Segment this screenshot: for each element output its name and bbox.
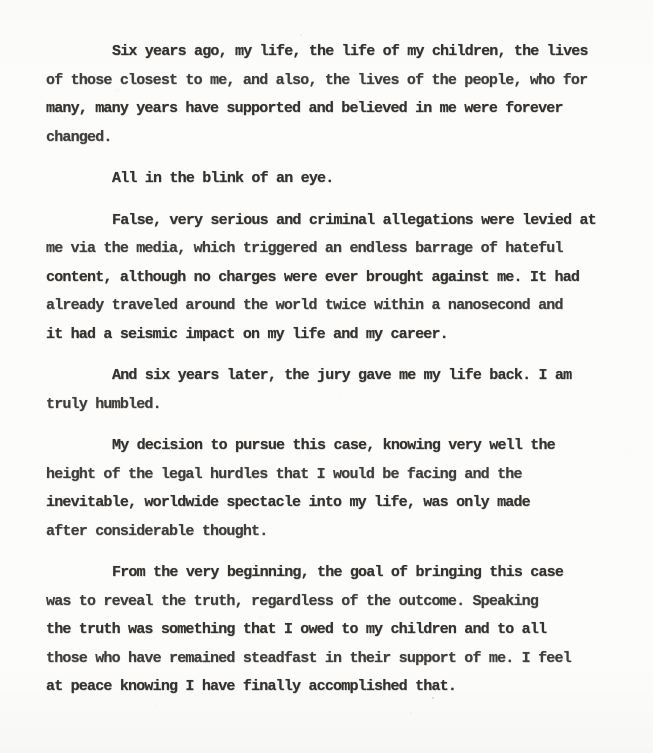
paragraph-4: And six years later, the jury gave me my… (46, 362, 629, 419)
text-line: many, many years have supported and beli… (46, 95, 629, 124)
text-line: truly humbled. (46, 391, 629, 420)
text-line: inevitable, worldwide spectacle into my … (46, 489, 629, 518)
text-line: was to reveal the truth, regardless of t… (46, 588, 629, 617)
text-line: From the very beginning, the goal of bri… (46, 559, 629, 588)
statement-text-block: Six years ago, my life, the life of my c… (46, 38, 629, 715)
paragraph-6: From the very beginning, the goal of bri… (46, 559, 629, 702)
text-line: already traveled around the world twice … (46, 292, 629, 321)
text-line: of those closest to me, and also, the li… (46, 67, 629, 96)
paragraph-3: False, very serious and criminal allegat… (46, 207, 629, 350)
text-line: All in the blink of an eye. (46, 165, 629, 194)
text-line: after considerable thought. (46, 518, 629, 547)
text-line: at peace knowing I have finally accompli… (46, 673, 629, 702)
text-line: height of the legal hurdles that I would… (46, 461, 629, 490)
text-line: the truth was something that I owed to m… (46, 616, 629, 645)
text-line: content, although no charges were ever b… (46, 264, 629, 293)
text-line: it had a seismic impact on my life and m… (46, 321, 629, 350)
paragraph-1: Six years ago, my life, the life of my c… (46, 38, 629, 152)
text-line: And six years later, the jury gave me my… (46, 362, 629, 391)
text-line: False, very serious and criminal allegat… (46, 207, 629, 236)
text-line: me via the media, which triggered an end… (46, 235, 629, 264)
paragraph-2: All in the blink of an eye. (46, 165, 629, 194)
text-line: those who have remained steadfast in the… (46, 645, 629, 674)
text-line: changed. (46, 124, 629, 153)
paragraph-5: My decision to pursue this case, knowing… (46, 432, 629, 546)
scan-noise-specks (0, 0, 2, 2)
scanned-typewritten-page: Six years ago, my life, the life of my c… (0, 0, 653, 753)
text-line: My decision to pursue this case, knowing… (46, 432, 629, 461)
text-line: Six years ago, my life, the life of my c… (46, 38, 629, 67)
